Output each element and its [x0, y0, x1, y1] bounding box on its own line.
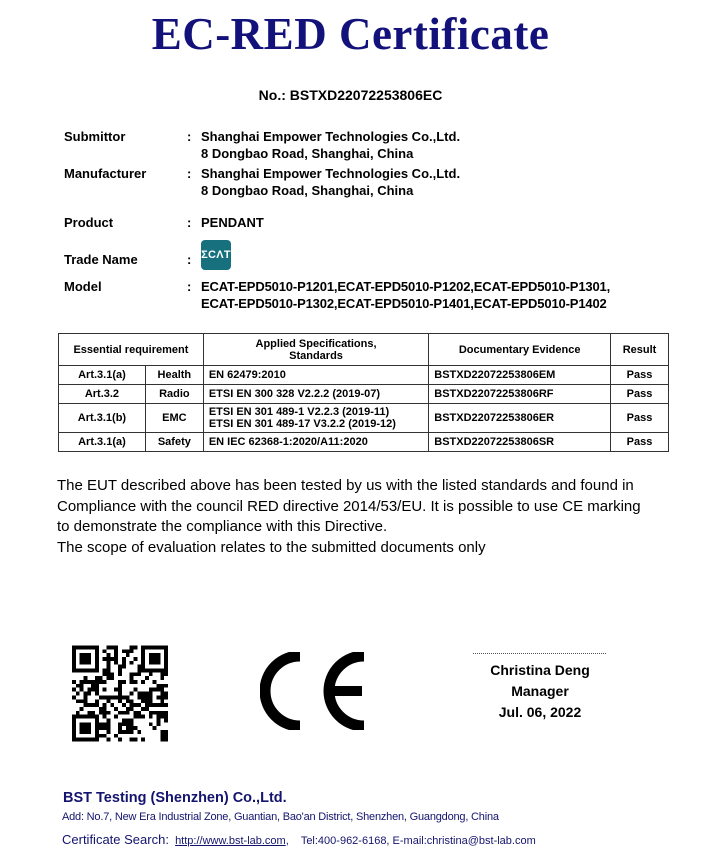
article-cell: Art.3.1(a) — [59, 366, 146, 385]
colon: : — [187, 278, 191, 295]
article-cell: Art.3.1(b) — [59, 404, 146, 433]
statement-line: Compliance with the council RED directiv… — [57, 497, 697, 518]
ecat-logo-icon: ΣCΛT — [201, 240, 231, 270]
colon: : — [187, 251, 191, 268]
article-cell: Art.3.2 — [59, 385, 146, 404]
category-cell: EMC — [145, 404, 203, 433]
header-result: Result — [611, 334, 669, 366]
submittor-address: 8 Dongbao Road, Shanghai, China — [201, 145, 413, 162]
trade-name-label: Trade Name — [64, 251, 138, 268]
statement-line: The EUT described above has been tested … — [57, 476, 697, 497]
model-list-line-2: ECAT-EPD5010-P1302,ECAT-EPD5010-P1401,EC… — [201, 295, 607, 312]
qr-code-icon — [72, 645, 168, 742]
evidence-cell: BSTXD22072253806EM — [429, 366, 611, 385]
result-cell: Pass — [611, 404, 669, 433]
article-cell: Art.3.1(a) — [59, 433, 146, 452]
header-applied-specifications: Applied Specifications,Standards — [203, 334, 428, 366]
manufacturer-name: Shanghai Empower Technologies Co.,Ltd. — [201, 165, 460, 182]
signature-line — [473, 653, 606, 654]
cert-no-label: No.: — [259, 87, 286, 103]
model-list-line-1: ECAT-EPD5010-P1201,ECAT-EPD5010-P1202,EC… — [201, 278, 610, 295]
evidence-cell: BSTXD22072253806ER — [429, 404, 611, 433]
cert-no-value: BSTXD22072253806EC — [290, 87, 443, 103]
category-cell: Safety — [145, 433, 203, 452]
requirements-table: Essential requirement Applied Specificat… — [58, 333, 669, 452]
submittor-name: Shanghai Empower Technologies Co.,Ltd. — [201, 128, 460, 145]
evidence-cell: BSTXD22072253806SR — [429, 433, 611, 452]
submittor-label: Submittor — [64, 128, 125, 145]
signatory-role: Manager — [440, 683, 640, 699]
standard-cell: EN 62479:2010 — [203, 366, 428, 385]
signatory-name: Christina Deng — [440, 662, 640, 678]
model-label: Model — [64, 278, 102, 295]
certificate-search-line: Certificate Search: http://www.bst-lab.c… — [62, 832, 536, 847]
manufacturer-address: 8 Dongbao Road, Shanghai, China — [201, 182, 413, 199]
standard-cell: ETSI EN 301 489-1 V2.2.3 (2019-11)ETSI E… — [203, 404, 428, 433]
header-specs-line-1: Applied Specifications, — [256, 338, 377, 350]
product-label: Product — [64, 214, 113, 231]
statement-line: to demonstrate the compliance with this … — [57, 517, 697, 538]
colon: : — [187, 128, 191, 145]
product-value: PENDANT — [201, 214, 264, 231]
header-specs-line-2: Standards — [289, 350, 343, 362]
category-cell: Health — [145, 366, 203, 385]
table-row: Art.3.1(a) Health EN 62479:2010 BSTXD220… — [59, 366, 669, 385]
manufacturer-label: Manufacturer — [64, 165, 146, 182]
certificate-number: No.: BSTXD22072253806EC — [0, 87, 701, 103]
result-cell: Pass — [611, 433, 669, 452]
standard-cell: ETSI EN 300 328 V2.2.2 (2019-07) — [203, 385, 428, 404]
standard-line-2: ETSI EN 301 489-17 V3.2.2 (2019-12) — [209, 418, 396, 430]
result-cell: Pass — [611, 366, 669, 385]
result-cell: Pass — [611, 385, 669, 404]
category-cell: Radio — [145, 385, 203, 404]
compliance-statement: The EUT described above has been tested … — [57, 476, 697, 558]
certificate-search-link[interactable]: http://www.bst-lab.com — [175, 835, 286, 847]
certificate-title: EC-RED Certificate — [0, 8, 701, 60]
comma: , — [286, 835, 289, 847]
header-documentary-evidence: Documentary Evidence — [429, 334, 611, 366]
header-essential-requirement: Essential requirement — [59, 334, 204, 366]
colon: : — [187, 214, 191, 231]
table-row: Art.3.1(b) EMC ETSI EN 301 489-1 V2.2.3 … — [59, 404, 669, 433]
colon: : — [187, 165, 191, 182]
evidence-cell: BSTXD22072253806RF — [429, 385, 611, 404]
statement-line: The scope of evaluation relates to the s… — [57, 538, 697, 559]
table-row: Art.3.2 Radio ETSI EN 300 328 V2.2.2 (20… — [59, 385, 669, 404]
issuer-contact: Tel:400-962-6168, E-mail:christina@bst-l… — [301, 835, 536, 847]
table-header-row: Essential requirement Applied Specificat… — [59, 334, 669, 366]
signature-date: Jul. 06, 2022 — [440, 704, 640, 720]
standard-cell: EN IEC 62368-1:2020/A11:2020 — [203, 433, 428, 452]
issuer-company-name: BST Testing (Shenzhen) Co.,Ltd. — [63, 790, 287, 806]
certificate-search-label: Certificate Search: — [62, 832, 169, 847]
standard-line-1: ETSI EN 301 489-1 V2.2.3 (2019-11) — [209, 406, 389, 418]
issuer-address: Add: No.7, New Era Industrial Zone, Guan… — [62, 811, 499, 823]
ce-mark-icon — [260, 652, 368, 730]
table-row: Art.3.1(a) Safety EN IEC 62368-1:2020/A1… — [59, 433, 669, 452]
